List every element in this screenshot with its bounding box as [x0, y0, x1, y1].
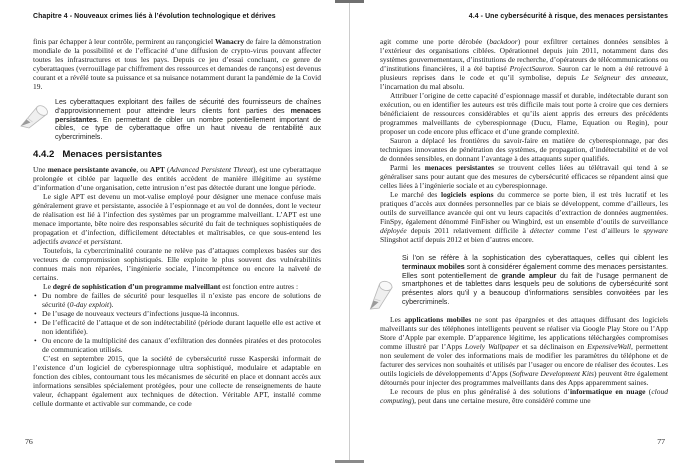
page-number-right: 77 — [657, 437, 665, 446]
right-page: 4.4 - Une cybersécurité à risque, des me… — [380, 0, 668, 466]
note-text: Si l’on se réfère à la sophistication de… — [402, 254, 668, 306]
paragraph: Le sigle APT est devenu un mot-valise em… — [33, 192, 321, 246]
bullet-item: De l’usage de nouveaux vecteurs d’infect… — [33, 309, 321, 318]
bullet-item: Ou encore de la multiplicité des canaux … — [33, 336, 321, 354]
running-header-right: 4.4 - Une cybersécurité à risque, des me… — [380, 13, 668, 20]
section-title: Menaces persistantes — [62, 149, 162, 160]
paragraph: Le recours de plus en plus généralisé à … — [380, 387, 668, 405]
bullet-list: Du nombre de failles de sécurité pour le… — [33, 291, 321, 354]
running-header-left: Chapitre 4 - Nouveaux crimes liés à l’év… — [33, 13, 321, 20]
right-page-body: agit comme une porte dérobée (backdoor) … — [380, 37, 668, 405]
pencil-icon — [19, 98, 51, 130]
paragraph: finis par échapper à leur contrôle, perm… — [33, 37, 321, 91]
paragraph: Les applications mobiles ne sont pas épa… — [380, 315, 668, 387]
left-page-body: finis par échapper à leur contrôle, perm… — [33, 37, 321, 408]
paragraph: C’est en septembre 2015, que la société … — [33, 354, 321, 408]
page-spine-divider — [349, 2, 350, 461]
spine-tick-top — [335, 0, 364, 3]
note-text: Les cyberattaques exploitant des failles… — [55, 98, 321, 141]
pencil-icon — [358, 270, 402, 314]
paragraph: Parmi les menaces persistantes se trouve… — [380, 163, 668, 190]
left-page: Chapitre 4 - Nouveaux crimes liés à l’év… — [33, 0, 321, 466]
paragraph: Le degré de sophistication d’un programm… — [33, 282, 321, 291]
section-heading: 4.4.2Menaces persistantes — [33, 149, 321, 160]
bullet-item: Du nombre de failles de sécurité pour le… — [33, 291, 321, 309]
paragraph: Toutefois, la cybercriminalité courante … — [33, 246, 321, 282]
page-number-left: 76 — [25, 437, 33, 446]
section-number: 4.4.2 — [33, 149, 54, 160]
bullet-item: De l’efficacité de l’attaque et de son i… — [33, 318, 321, 336]
book-spread: Chapitre 4 - Nouveaux crimes liés à l’év… — [0, 0, 700, 466]
paragraph: Attribuer l’origine de cette capacité d’… — [380, 91, 668, 136]
paragraph: Une menace persistante avancée, ou APT (… — [33, 165, 321, 192]
paragraph: agit comme une porte dérobée (backdoor) … — [380, 37, 668, 91]
spine-tick-bottom — [335, 460, 364, 463]
note-box: Si l’on se réfère à la sophistication de… — [380, 254, 668, 307]
paragraph: Le marché des logiciels espions du comme… — [380, 190, 668, 244]
note-box: Les cyberattaques exploitant des failles… — [33, 98, 321, 142]
paragraph: Sauron a déplacé les frontières du savoi… — [380, 136, 668, 163]
